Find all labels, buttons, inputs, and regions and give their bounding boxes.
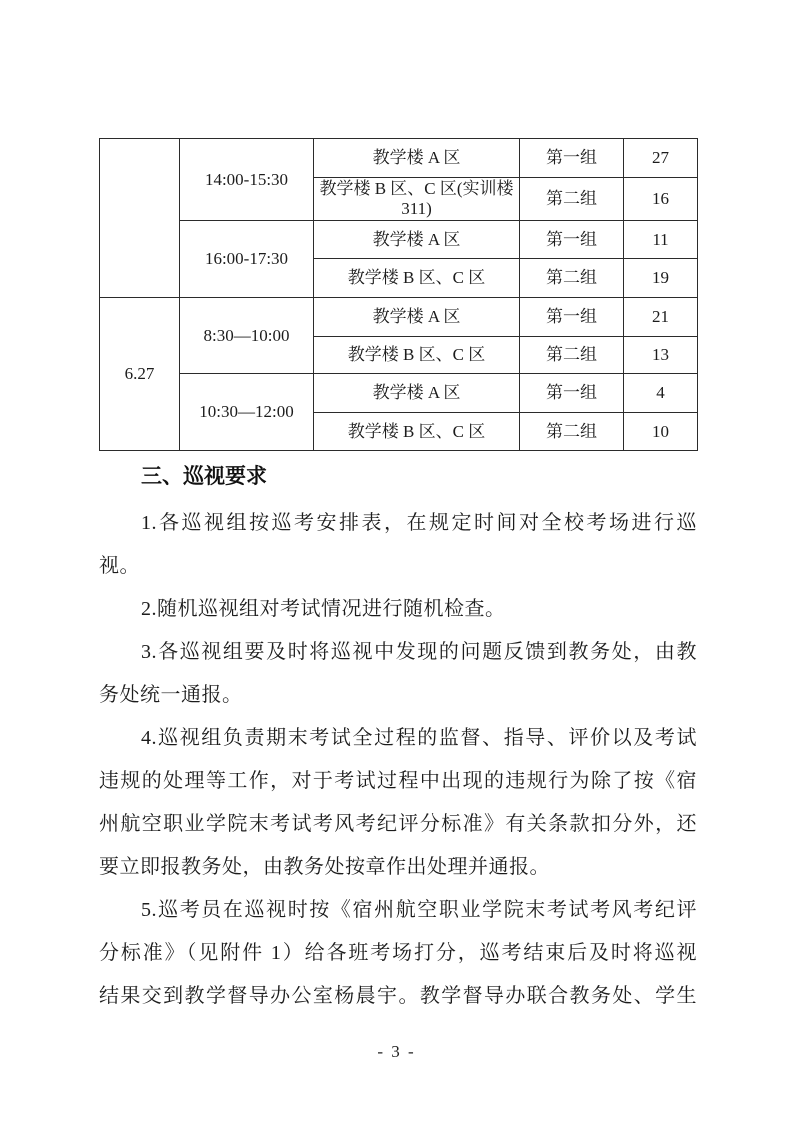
cell-time: 10:30—12:00 [180,374,314,451]
page-number: - 3 - [0,1042,793,1062]
paragraph-line: 5.巡考员在巡视时按《宿州航空职业学院末考试考风考纪评 [99,889,697,932]
cell-location: 教学楼 B 区、C 区(实训楼 311) [314,178,520,221]
cell-location: 教学楼 B 区、C 区 [314,413,520,451]
cell-count: 11 [624,221,698,259]
cell-time: 14:00-15:30 [180,139,314,221]
paragraph-line: 4.巡视组负责期末考试全过程的监督、指导、评价以及考试 [99,717,697,760]
paragraph-line: 务处统一通报。 [99,674,697,717]
exam-patrol-schedule-table: 14:00-15:30 教学楼 A 区 第一组 27 教学楼 B 区、C 区(实… [99,138,698,451]
paragraph-line: 州航空职业学院末考试考风考纪评分标准》有关条款扣分外，还 [99,803,697,846]
paragraph-line: 视。 [99,545,697,588]
cell-count: 21 [624,298,698,337]
table-row: 6.27 8:30—10:00 教学楼 A 区 第一组 21 [100,298,698,337]
paragraph-line: 1.各巡视组按巡考安排表，在规定时间对全校考场进行巡 [99,502,697,545]
cell-time: 8:30—10:00 [180,298,314,374]
paragraph-line: 要立即报教务处，由教务处按章作出处理并通报。 [99,846,697,889]
cell-group: 第二组 [520,413,624,451]
table-row: 14:00-15:30 教学楼 A 区 第一组 27 [100,139,698,178]
paragraph-line: 2.随机巡视组对考试情况进行随机检查。 [99,588,697,631]
paragraph-line: 分标准》（见附件 1）给各班考场打分，巡考结束后及时将巡视 [99,932,697,975]
paragraph-line: 违规的处理等工作，对于考试过程中出现的违规行为除了按《宿 [99,760,697,803]
cell-group: 第二组 [520,259,624,298]
table-row: 10:30—12:00 教学楼 A 区 第一组 4 [100,374,698,413]
body-text: 三、巡视要求 1.各巡视组按巡考安排表，在规定时间对全校考场进行巡 视。 2.随… [99,460,697,1018]
cell-group: 第二组 [520,337,624,374]
cell-time: 16:00-17:30 [180,221,314,298]
cell-location: 教学楼 B 区、C 区 [314,259,520,298]
cell-group: 第一组 [520,221,624,259]
cell-group: 第一组 [520,139,624,178]
cell-date [100,139,180,298]
cell-group: 第一组 [520,298,624,337]
cell-count: 27 [624,139,698,178]
paragraph-line: 3.各巡视组要及时将巡视中发现的问题反馈到教务处，由教 [99,631,697,674]
cell-count: 19 [624,259,698,298]
cell-location: 教学楼 B 区、C 区 [314,337,520,374]
table-row: 16:00-17:30 教学楼 A 区 第一组 11 [100,221,698,259]
cell-date: 6.27 [100,298,180,451]
section-heading: 三、巡视要求 [99,460,697,502]
cell-group: 第一组 [520,374,624,413]
cell-location: 教学楼 A 区 [314,221,520,259]
document-page: 14:00-15:30 教学楼 A 区 第一组 27 教学楼 B 区、C 区(实… [0,0,793,1122]
cell-location: 教学楼 A 区 [314,374,520,413]
cell-count: 4 [624,374,698,413]
cell-location: 教学楼 A 区 [314,139,520,178]
cell-location: 教学楼 A 区 [314,298,520,337]
cell-group: 第二组 [520,178,624,221]
cell-count: 16 [624,178,698,221]
cell-count: 13 [624,337,698,374]
paragraph-line: 结果交到教学督导办公室杨晨宇。教学督导办联合教务处、学生 [99,975,697,1018]
cell-count: 10 [624,413,698,451]
